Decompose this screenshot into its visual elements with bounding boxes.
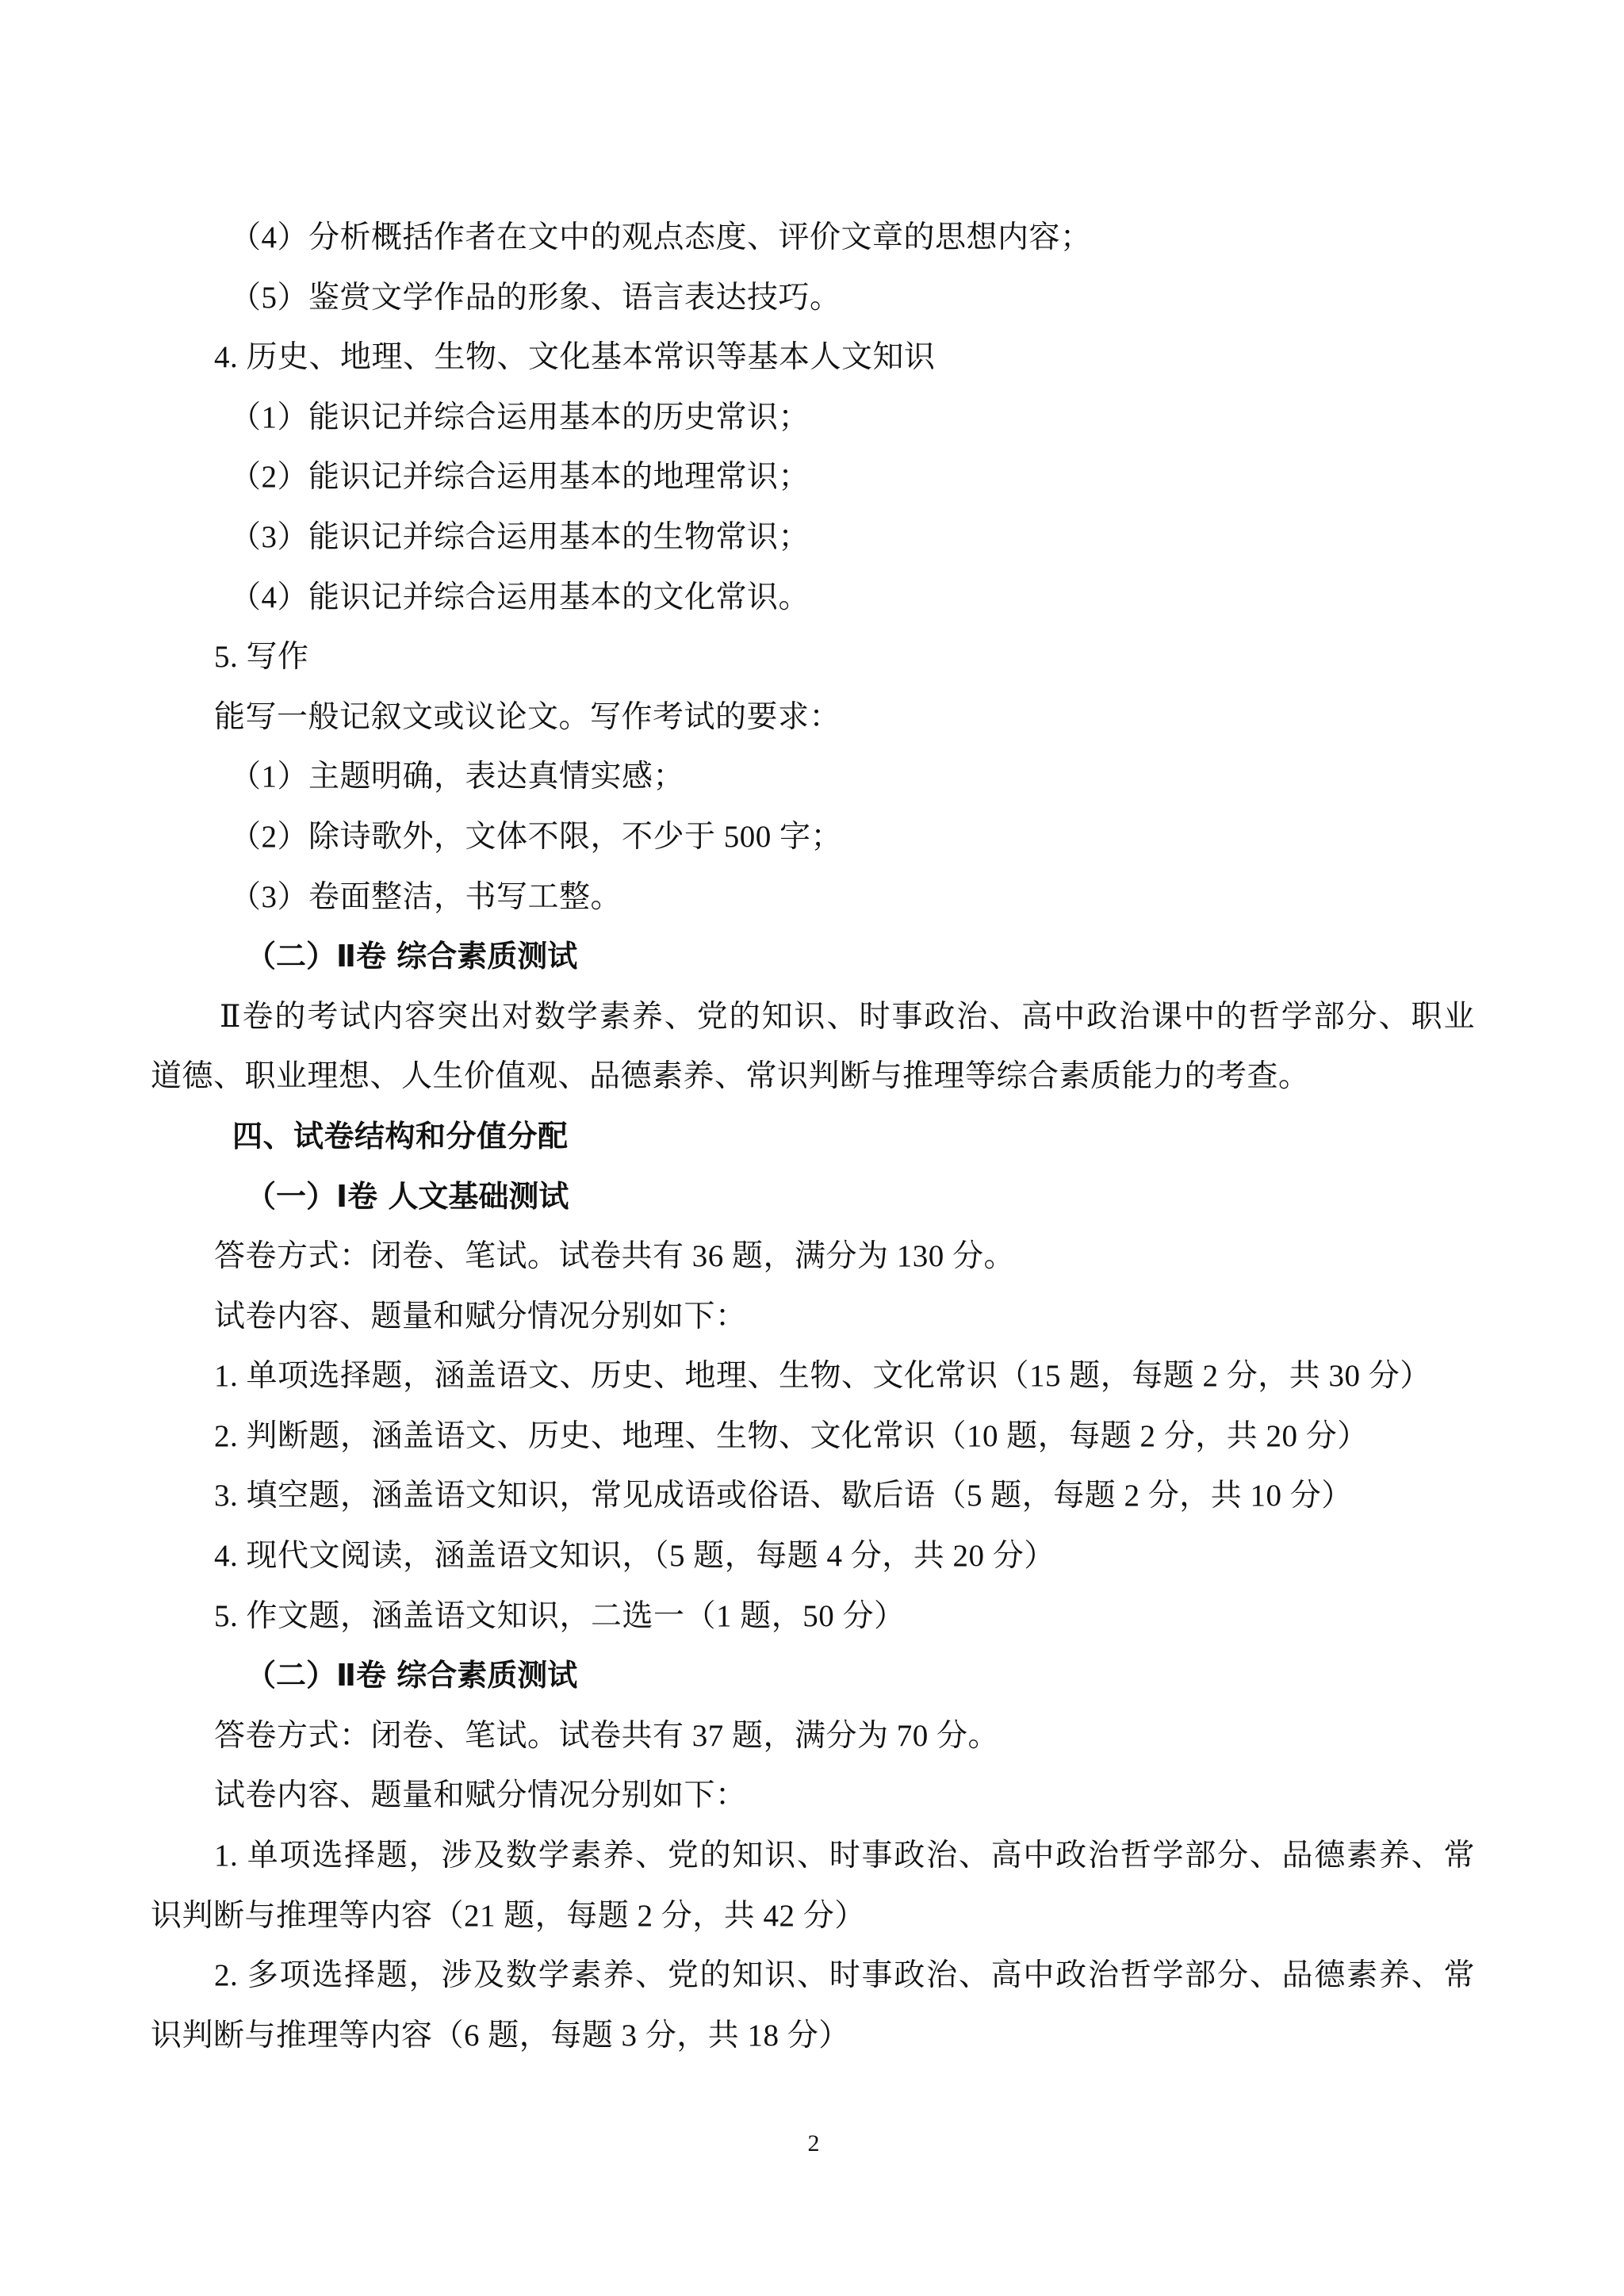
knowledge-item-2: （2）能识记并综合运用基本的地理常识； [151,447,1475,507]
writing-item-3: （3）卷面整洁，书写工整。 [151,867,1475,928]
document-page: （4）分析概括作者在文中的观点态度、评价文章的思想内容； （5）鉴赏文学作品的形… [0,0,1624,2296]
paper1-item-3: 3. 填空题，涵盖语文知识，常见成语或俗语、歇后语（5 题，每题 2 分，共 1… [151,1466,1475,1526]
knowledge-item-1: （1）能识记并综合运用基本的历史常识； [151,388,1475,448]
paper1-item-2: 2. 判断题，涵盖语文、历史、地理、生物、文化常识（10 题，每题 2 分，共 … [151,1406,1475,1467]
paper2-heading: （二）Ⅱ卷 综合素质测试 [151,1646,1475,1706]
paper2-item-1-line1: 1. 单项选择题，涉及数学素养、党的知识、时事政治、高中政治哲学部分、品德素养、… [151,1826,1475,1886]
paper1-intro: 试卷内容、题量和赋分情况分别如下： [151,1287,1475,1347]
knowledge-item-3: （3）能识记并综合运用基本的生物常识； [151,507,1475,568]
writing-heading: 5. 写作 [151,627,1475,687]
paper2-answer-mode: 答卷方式：闭卷、笔试。试卷共有 37 题，满分为 70 分。 [151,1706,1475,1766]
page-number: 2 [0,2128,1624,2160]
paper1-item-5: 5. 作文题，涵盖语文知识，二选一（1 题，50 分） [151,1586,1475,1647]
paper2-item-2-line1: 2. 多项选择题，涉及数学素养、党的知识、时事政治、高中政治哲学部分、品德素养、… [151,1946,1475,2006]
paper2-item-1-line2: 识判断与推理等内容（21 题，每题 2 分，共 42 分） [151,1886,1475,1946]
paper2-item-2-line2: 识判断与推理等内容（6 题，每题 3 分，共 18 分） [151,2006,1475,2066]
paper2-intro: 试卷内容、题量和赋分情况分别如下： [151,1766,1475,1826]
knowledge-item-4: （4）能识记并综合运用基本的文化常识。 [151,568,1475,628]
writing-item-2: （2）除诗歌外，文体不限，不少于 500 字； [151,807,1475,867]
knowledge-heading: 4. 历史、地理、生物、文化基本常识等基本人文知识 [151,327,1475,388]
reading-item-5: （5）鉴赏文学作品的形象、语言表达技巧。 [151,268,1475,328]
paper1-item-4: 4. 现代文阅读，涵盖语文知识，（5 题，每题 4 分，共 20 分） [151,1526,1475,1586]
paper1-heading: （一）Ⅰ卷 人文基础测试 [151,1167,1475,1227]
writing-intro: 能写一般记叙文或议论文。写作考试的要求： [151,687,1475,748]
writing-item-1: （1）主题明确，表达真情实感； [151,747,1475,807]
page-body: （4）分析概括作者在文中的观点态度、评价文章的思想内容； （5）鉴赏文学作品的形… [151,208,1475,2065]
paper1-answer-mode: 答卷方式：闭卷、笔试。试卷共有 36 题，满分为 130 分。 [151,1226,1475,1287]
paper2-content-heading: （二）Ⅱ卷 综合素质测试 [151,927,1475,987]
paper2-content-para-line2: 道德、职业理想、人生价值观、品德素养、常识判断与推理等综合素质能力的考查。 [151,1047,1475,1107]
paper1-item-1: 1. 单项选择题，涵盖语文、历史、地理、生物、文化常识（15 题，每题 2 分，… [151,1346,1475,1406]
reading-item-4: （4）分析概括作者在文中的观点态度、评价文章的思想内容； [151,208,1475,268]
section4-heading: 四、试卷结构和分值分配 [151,1107,1475,1167]
paper2-content-para-line1: Ⅱ卷的考试内容突出对数学素养、党的知识、时事政治、高中政治课中的哲学部分、职业 [151,987,1475,1047]
